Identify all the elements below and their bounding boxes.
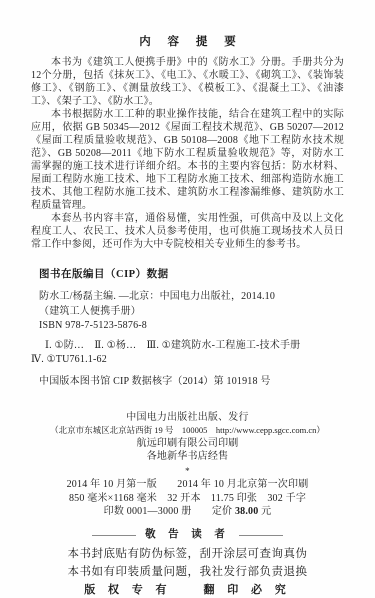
notice-title-row: 敬 告 读 者 — [31, 528, 344, 542]
edition-line: 2014 年 10 月第一版 2014 年 10 月北京第一次印刷 — [31, 478, 344, 492]
summary-paragraph-1: 本书为《建筑工人便携手册》中的《防水工》分册。手册共分为12个分册，包括《抹灰工… — [31, 56, 344, 108]
print-run-price-line: 印数 0001—3000 册 定价 38.00 元 — [31, 505, 344, 519]
imprint-section: 中国电力出版社出版、发行 （北京市东城区北京站西街 19 号 100005 ht… — [31, 411, 344, 519]
notice-left-rule — [92, 535, 136, 536]
notice-right-rule — [239, 535, 283, 536]
notice-line-1: 本书封底贴有防伪标签，刮开涂层可查询真伪 — [31, 545, 344, 564]
distributor-line: 各地新华书店经售 — [31, 450, 344, 463]
copyright-statement: 版 权 专 有 翻 印 必 究 — [31, 582, 344, 598]
publisher-line: 中国电力出版社出版、发行 — [31, 411, 344, 424]
cip-data-section: 图书在版编目（CIP）数据 防水工/杨磊主编. —北京：中国电力出版社，2014… — [31, 266, 344, 389]
notice-title: 敬 告 读 者 — [145, 528, 230, 542]
cip-header: 图书在版编目（CIP）数据 — [39, 266, 344, 281]
cip-series-line: （建筑工人便携手册） — [39, 305, 344, 320]
cip-title-line: 防水工/杨磊主编. —北京：中国电力出版社，2014.10 — [39, 290, 344, 305]
format-line: 850 毫米×1168 毫米 32 开本 11.75 印张 302 千字 — [31, 492, 344, 506]
summary-paragraph-2: 本书根据防水工工种的职业操作技能，结合在建筑工程中的实际应用，依据 GB 503… — [31, 108, 344, 212]
price-value: 38.00 — [235, 506, 259, 517]
cip-classification-line-2: Ⅳ. ①TU761.1-62 — [31, 353, 344, 368]
notice-line-2: 本书如有印装质量问题，我社发行部负责退换 — [31, 563, 344, 582]
summary-title: 内 容 提 要 — [31, 36, 344, 49]
section-separator-star: * — [31, 466, 344, 476]
reader-notice-section: 敬 告 读 者 本书封底贴有防伪标签，刮开涂层可查询真伪 本书如有印装质量问题，… — [31, 528, 344, 598]
print-run-text: 印数 0001—3000 册 定价 — [104, 506, 235, 517]
book-copyright-page: 内 容 提 要 本书为《建筑工人便携手册》中的《防水工》分册。手册共分为12个分… — [0, 0, 375, 598]
price-unit: 元 — [258, 506, 271, 517]
summary-paragraph-3: 本套丛书内容丰富，通俗易懂，实用性强，可供高中及以上文化程度工人、农民工、技术人… — [31, 212, 344, 251]
cip-isbn: ISBN 978-7-5123-5876-8 — [39, 319, 344, 334]
cip-record-number: 中国版本图书馆 CIP 数据核字（2014）第 101918 号 — [39, 375, 344, 390]
content-summary-section: 内 容 提 要 本书为《建筑工人便携手册》中的《防水工》分册。手册共分为12个分… — [31, 36, 344, 251]
publisher-address: （北京市东城区北京站西街 19 号 100005 http://www.cepp… — [31, 424, 344, 437]
printer-line: 航远印刷有限公司印刷 — [31, 437, 344, 450]
cip-classification-line-1: Ⅰ. ①防… Ⅱ. ①杨… Ⅲ. ①建筑防水-工程施工-技术手册 — [45, 339, 344, 354]
